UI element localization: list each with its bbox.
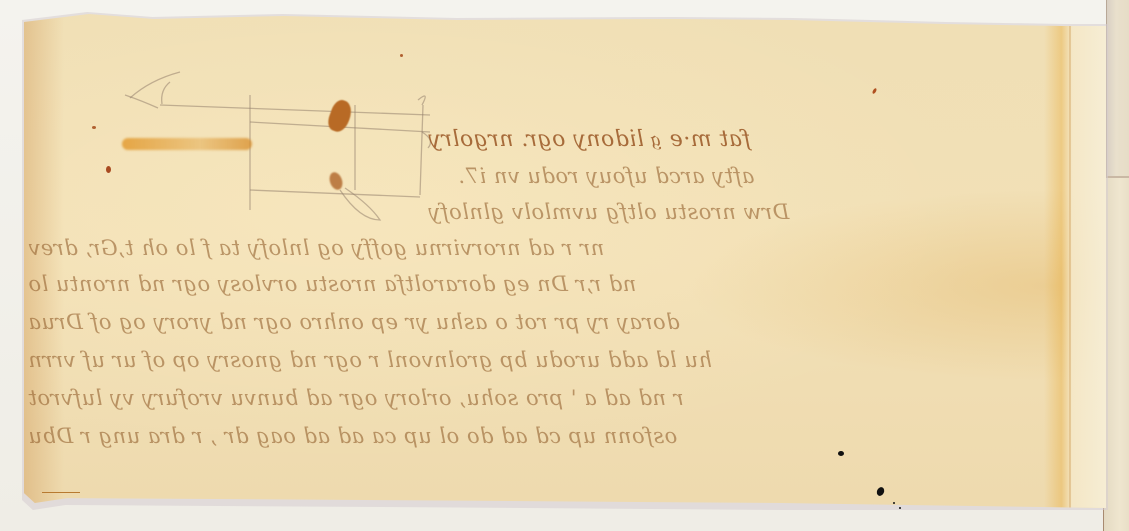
foxing-spot [92, 126, 96, 129]
text-line: r nd ad a ' pro sohu, orlory ogr ad bunv… [28, 386, 684, 410]
heading-line: fat m·e 𝔤 lidony ogr. nrgolry [428, 128, 751, 152]
text-line: nd r,r Dn eg doraroltfa nrostu orvlosy o… [28, 272, 636, 296]
text-line: Drw nrostu oltfg uvmlolv glnlofy [428, 200, 789, 224]
text-line: afty arcd ufouy rodu vn i7. [458, 164, 754, 188]
foxing-spot [106, 166, 111, 173]
orange-smear-stain [122, 138, 252, 150]
tape-edge-line [1069, 14, 1071, 508]
ink-dot [838, 451, 844, 456]
tape-stain [1044, 14, 1106, 508]
text-line: nr r ad nrorvirnu goffy og lnlofy ta f l… [28, 236, 604, 260]
text-line: osfonn up cd ad do ol up ca ad ad oag dr… [28, 424, 677, 448]
bottom-edge-mark [42, 492, 80, 493]
ink-dot [893, 502, 895, 504]
text-line: hu ld add urodu bp grolnvonl r ogr nd gn… [28, 348, 712, 372]
text-line: doray ry pr rot o ashu yr ep onhro ogr n… [28, 310, 680, 334]
foxing-spot [400, 54, 403, 57]
mount-strip-top [1106, 0, 1129, 178]
ink-dot [899, 507, 901, 509]
